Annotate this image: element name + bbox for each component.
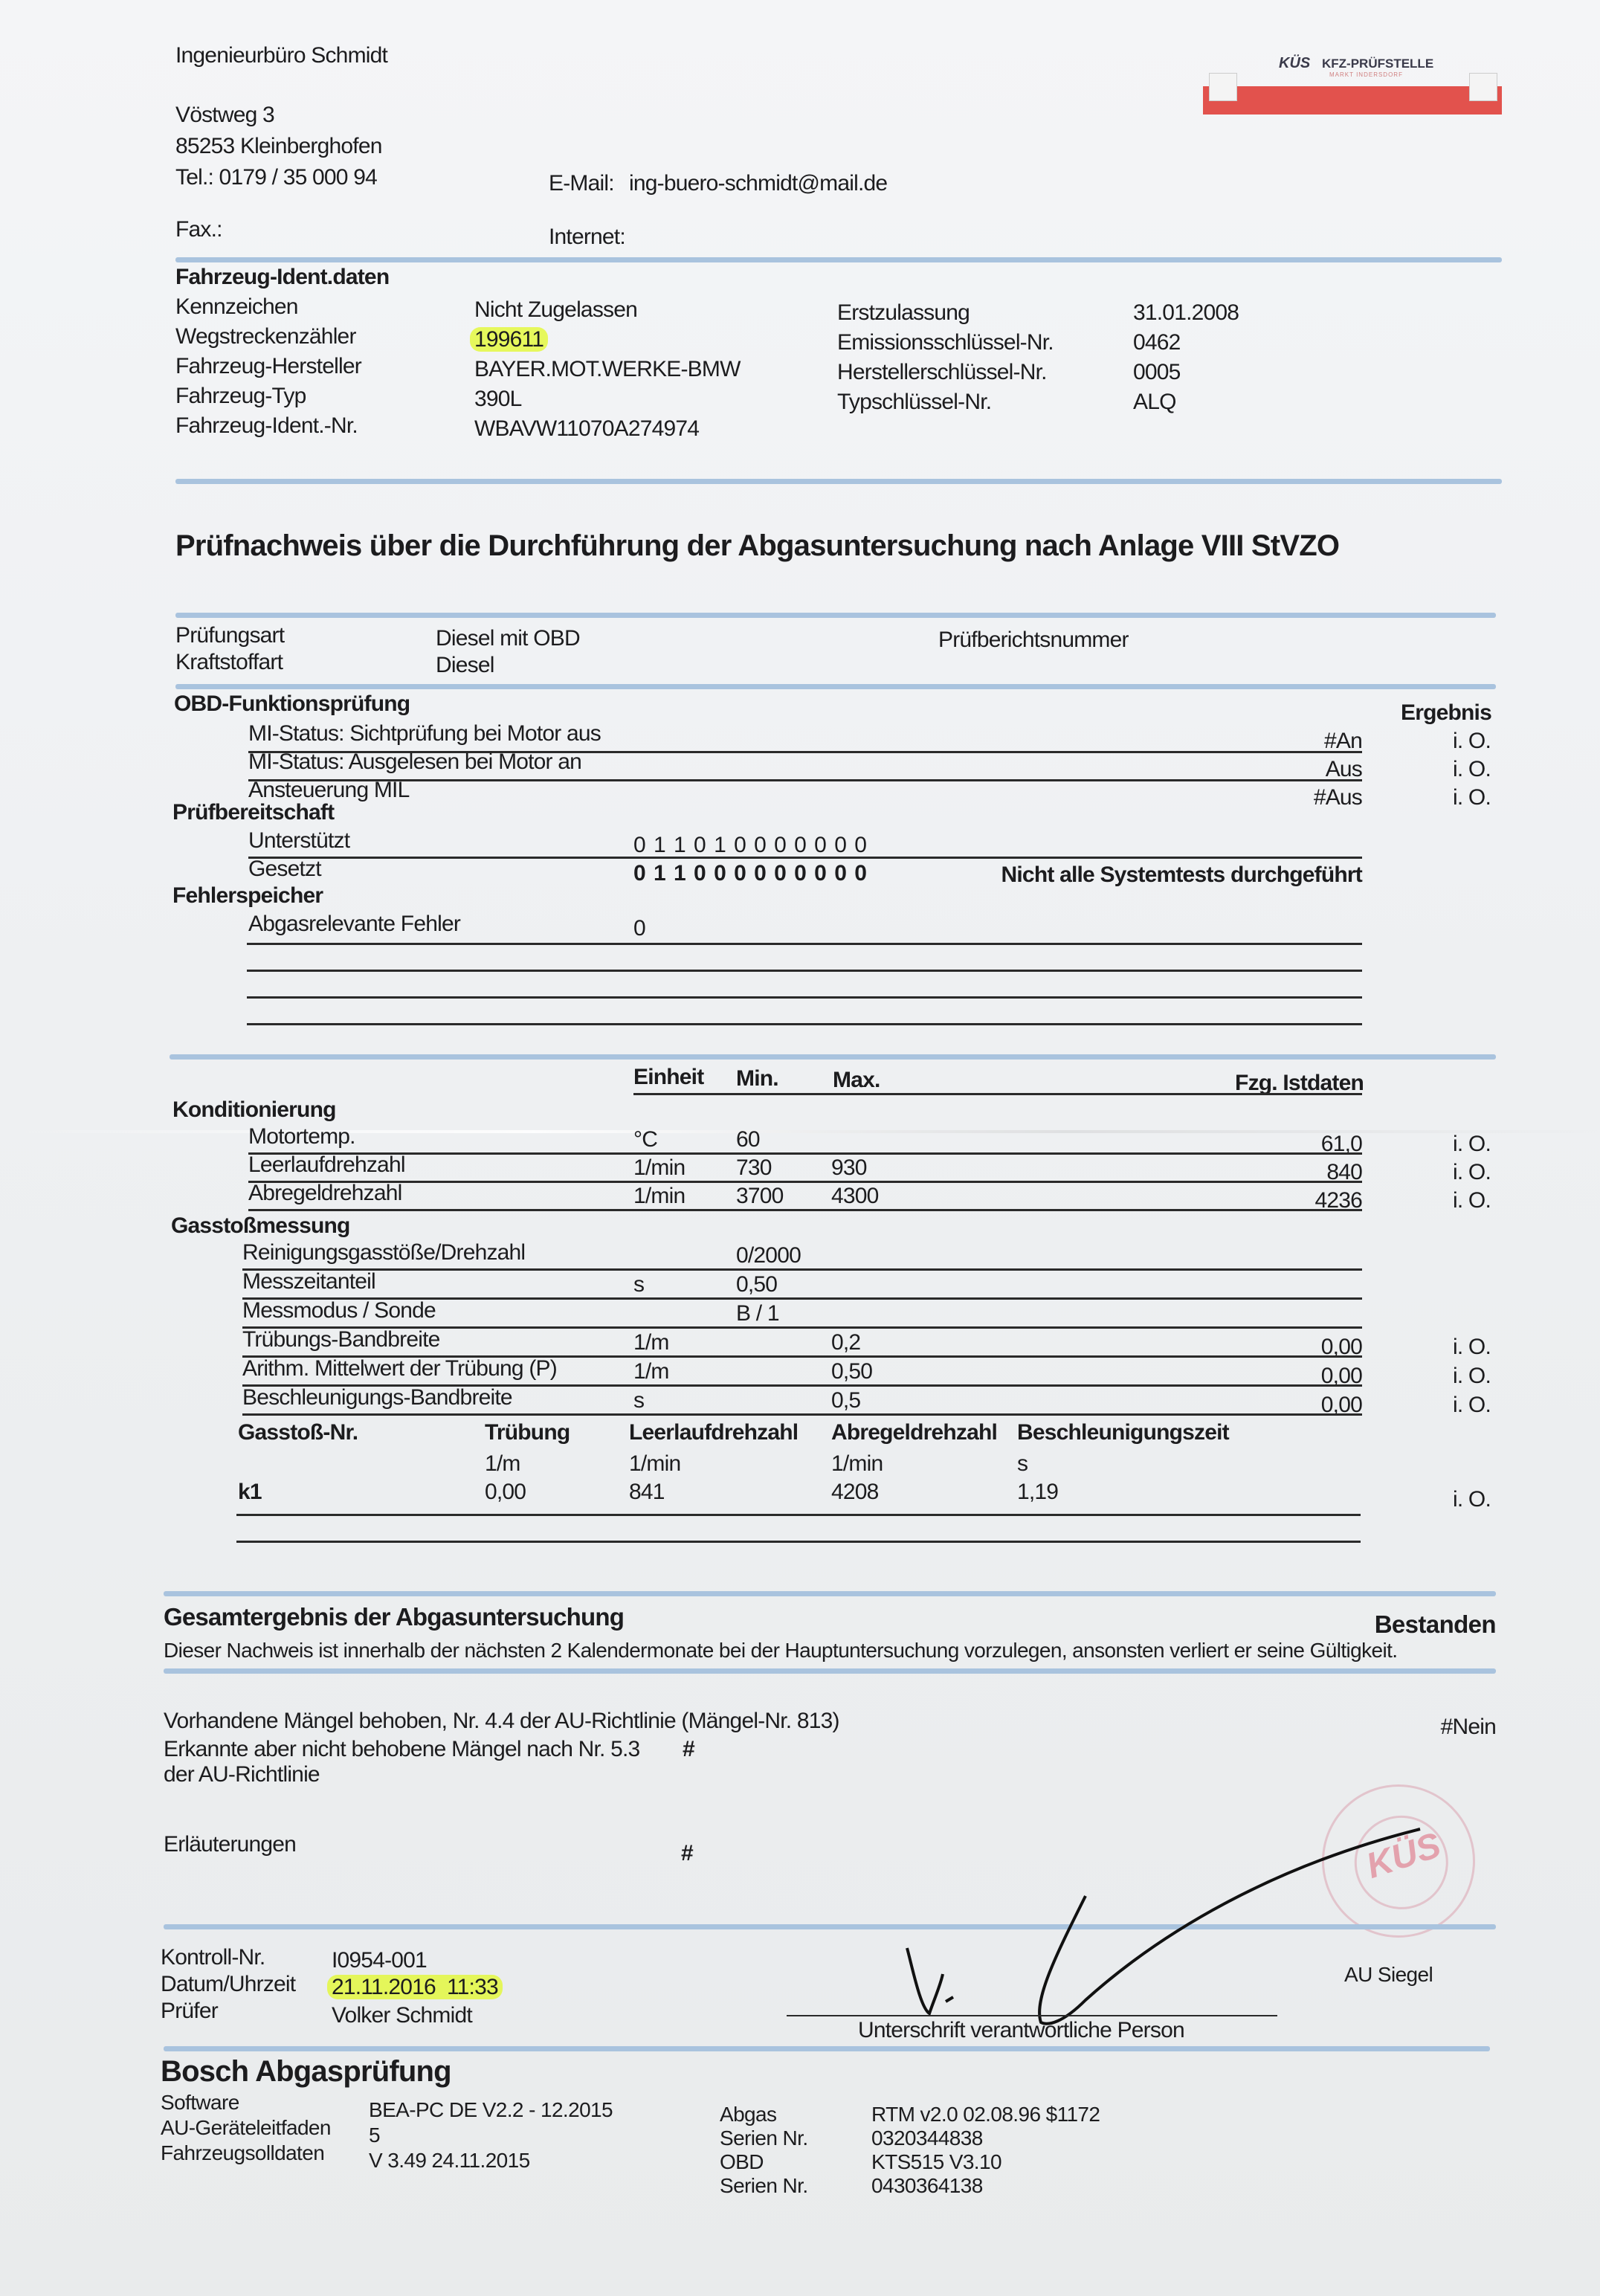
- row-line: [247, 943, 1362, 945]
- measurement-result: i. O.: [1453, 1393, 1491, 1418]
- logo-emblem-left: [1209, 73, 1237, 101]
- row-line: [248, 857, 1362, 859]
- summary-title: Gesamtergebnis der Abgasuntersuchung: [164, 1603, 624, 1631]
- measurement-label: Beschleunigungs-Bandbreite: [242, 1385, 512, 1410]
- readiness-label: Unterstützt: [248, 828, 349, 854]
- odometer-highlight: 199611: [470, 327, 548, 352]
- divider: [164, 1591, 1496, 1596]
- pruefer-value: Volker Schmidt: [332, 2003, 472, 2028]
- row-line: [248, 1152, 1362, 1155]
- burst-header: Leerlaufdrehzahl: [629, 1420, 798, 1445]
- vehicle-field-value: 390L: [474, 387, 522, 412]
- footer-label: Fahrzeugsolldaten: [161, 2141, 324, 2165]
- kontroll-value: I0954-001: [332, 1948, 427, 1973]
- measurement-result: i. O.: [1453, 1335, 1491, 1360]
- internet-label: Internet:: [549, 225, 625, 250]
- obd-item-label: MI-Status: Sichtprüfung bei Motor aus: [248, 721, 601, 746]
- logo-banner: [1203, 86, 1502, 115]
- measurement-min: 60: [736, 1127, 760, 1152]
- readiness-note: Nicht alle Systemtests durchgeführt: [1001, 862, 1362, 888]
- company-name: Ingenieurbüro Schmidt: [175, 43, 387, 68]
- kues-logo: KÜS KFZ-PRÜFSTELLE MARKT INDERSDORF: [1203, 51, 1502, 115]
- row-line: [247, 1023, 1362, 1025]
- row-line: [248, 779, 1362, 781]
- measurement-unit: 1/m: [633, 1330, 669, 1355]
- measurement-result: i. O.: [1453, 1132, 1491, 1157]
- defects-unfixed-value: #: [683, 1737, 694, 1762]
- pruefungsart-value: Diesel mit OBD: [436, 626, 580, 651]
- row-line: [242, 1268, 1362, 1271]
- footer-label: Abgas: [720, 2103, 776, 2126]
- vehicle-field-value: 0462: [1133, 330, 1181, 355]
- row-line: [248, 1209, 1362, 1211]
- defects-unfixed-cont: der AU-Richtlinie: [164, 1762, 320, 1787]
- obd-item-value: #An: [1324, 729, 1362, 754]
- measurement-unit: 1/min: [633, 1184, 685, 1209]
- measurement-unit: s: [633, 1272, 644, 1297]
- vehicle-field-label: Erstzulassung: [837, 300, 970, 326]
- gas-title: Gasstoßmessung: [171, 1213, 350, 1239]
- vehicle-section-title: Fahrzeug-Ident.daten: [175, 265, 389, 290]
- measurement-unit: °C: [633, 1127, 657, 1152]
- logo-brand: KÜS: [1279, 55, 1310, 72]
- errors-value: 0: [633, 916, 645, 941]
- row-line: [247, 996, 1362, 999]
- vehicle-field-label: Fahrzeug-Hersteller: [175, 354, 361, 379]
- divider: [175, 613, 1496, 618]
- footer-label: Serien Nr.: [720, 2174, 808, 2198]
- divider: [164, 2046, 1490, 2051]
- obd-item-result: i. O.: [1453, 785, 1491, 810]
- measurement-label: Trübungs-Bandbreite: [242, 1327, 440, 1352]
- burst-header: Abregeldrehzahl: [831, 1420, 997, 1445]
- footer-value: KTS515 V3.10: [871, 2150, 1001, 2174]
- measurement-label: Motortemp.: [248, 1124, 355, 1149]
- row-line: [247, 970, 1362, 972]
- min-header: Min.: [736, 1066, 778, 1091]
- vehicle-field-value: BAYER.MOT.WERKE-BMW: [474, 357, 741, 382]
- email-label: E-Mail:: [549, 171, 614, 196]
- conditioning-title: Konditionierung: [172, 1097, 336, 1123]
- actual-header: Fzg. Istdaten: [1235, 1071, 1364, 1096]
- datum-value: 21.11.2016 11:33: [332, 1975, 503, 2000]
- footer-value: 5: [369, 2124, 380, 2147]
- footer-label: AU-Geräteleitfaden: [161, 2116, 331, 2140]
- logo-emblem-right: [1469, 73, 1497, 101]
- footer-label: Serien Nr.: [720, 2126, 808, 2150]
- footer-value: V 3.49 24.11.2015: [369, 2149, 530, 2173]
- vehicle-field-value: Nicht Zugelassen: [474, 297, 637, 323]
- measurement-result: i. O.: [1453, 1364, 1491, 1389]
- defects-unfixed: Erkannte aber nicht behobene Mängel nach…: [164, 1737, 639, 1762]
- errors-title: Fehlerspeicher: [172, 883, 323, 909]
- vehicle-field-value: WBAVW11070A274974: [474, 416, 699, 442]
- measurement-min: 3700: [736, 1184, 784, 1209]
- measurement-label: Arithm. Mittelwert der Trübung (P): [242, 1356, 557, 1381]
- defects-fixed-value: #Nein: [1441, 1715, 1496, 1740]
- company-phone: Tel.: 0179 / 35 000 94: [175, 165, 377, 190]
- footer-title: Bosch Abgasprüfung: [161, 2055, 451, 2089]
- readiness-label: Gesetzt: [248, 857, 321, 882]
- signature-icon: [788, 1822, 1457, 2030]
- row-line: [236, 1514, 1361, 1516]
- divider: [164, 1668, 1496, 1674]
- footer-value: RTM v2.0 02.08.96 $1172: [871, 2103, 1100, 2126]
- burst-unit: 1/m: [485, 1451, 520, 1477]
- measurement-unit: s: [633, 1388, 644, 1413]
- vehicle-field-label: Wegstreckenzähler: [175, 324, 356, 349]
- vehicle-field-value: ALQ: [1133, 390, 1176, 415]
- pruefungsart-label: Prüfungsart: [175, 623, 284, 648]
- vehicle-field-label: Emissionsschlüssel-Nr.: [837, 330, 1054, 355]
- email-value[interactable]: ing-buero-schmidt@mail.de: [629, 171, 887, 196]
- divider: [170, 1054, 1496, 1060]
- divider: [175, 257, 1502, 262]
- divider: [175, 479, 1502, 484]
- measurement-min: 730: [736, 1155, 772, 1181]
- company-street: Vöstweg 3: [175, 103, 274, 128]
- footer-value: 0320344838: [871, 2126, 983, 2150]
- measurement-unit: 1/min: [633, 1155, 685, 1181]
- pruefbericht-label: Prüfberichtsnummer: [938, 628, 1129, 653]
- company-city: 85253 Kleinberghofen: [175, 134, 382, 159]
- obd-item-label: MI-Status: Ausgelesen bei Motor an: [248, 749, 581, 775]
- measurement-label: Messzeitanteil: [242, 1269, 375, 1294]
- measurement-max: 0,2: [831, 1330, 860, 1355]
- row-line: [248, 1181, 1362, 1183]
- footer-value: 0430364138: [871, 2174, 983, 2198]
- logo-subtitle: MARKT INDERSDORF: [1329, 71, 1403, 78]
- burst-cell: 0,00: [485, 1480, 526, 1505]
- signature-label: Unterschrift verantwortliche Person: [858, 2018, 1184, 2043]
- burst-result: i. O.: [1453, 1487, 1491, 1512]
- footer-value: BEA-PC DE V2.2 - 12.2015: [369, 2098, 613, 2122]
- burst-header: Beschleunigungszeit: [1017, 1420, 1229, 1445]
- measurement-min: 0/2000: [736, 1243, 801, 1268]
- divider: [175, 684, 1496, 689]
- max-header: Max.: [833, 1068, 880, 1093]
- burst-unit: 1/min: [629, 1451, 680, 1477]
- burst-header: Trübung: [485, 1420, 570, 1445]
- vehicle-field-label: Typschlüssel-Nr.: [837, 390, 991, 415]
- readiness-value: 0 1 1 0 1 0 0 0 0 0 0 0: [633, 833, 868, 858]
- obd-item-result: i. O.: [1453, 757, 1491, 782]
- measurement-label: Messmodus / Sonde: [242, 1298, 436, 1323]
- document-title: Prüfnachweis über die Durchführung der A…: [175, 529, 1339, 563]
- measurement-result: i. O.: [1453, 1188, 1491, 1213]
- defects-fixed: Vorhandene Mängel behoben, Nr. 4.4 der A…: [164, 1709, 839, 1734]
- vehicle-field-label: Fahrzeug-Typ: [175, 384, 306, 409]
- footer-label: OBD: [720, 2150, 764, 2174]
- obd-item-value: Aus: [1326, 757, 1362, 782]
- notes-value: #: [681, 1841, 693, 1866]
- measurement-result: i. O.: [1453, 1160, 1491, 1185]
- measurement-max: 4300: [831, 1184, 879, 1209]
- measurement-label: Reinigungsgasstöße/Drehzahl: [242, 1240, 525, 1265]
- obd-item-label: Ansteuerung MIL: [248, 778, 409, 803]
- measurement-max: 0,50: [831, 1359, 872, 1384]
- summary-result: Bestanden: [1375, 1610, 1496, 1639]
- datum-label: Datum/Uhrzeit: [161, 1972, 295, 1997]
- burst-unit: 1/min: [831, 1451, 883, 1477]
- burst-cell: k1: [238, 1480, 262, 1505]
- measurement-min: B / 1: [736, 1301, 779, 1326]
- measurement-unit: 1/m: [633, 1359, 669, 1384]
- vehicle-field-value: 0005: [1133, 360, 1181, 385]
- kraftstoff-value: Diesel: [436, 653, 494, 678]
- obd-section-title: OBD-Funktionsprüfung: [174, 691, 410, 717]
- burst-cell: 1,19: [1017, 1480, 1058, 1505]
- seal-label: AU Siegel: [1344, 1963, 1433, 1987]
- ergebnis-header: Ergebnis: [1401, 700, 1491, 726]
- errors-label: Abgasrelevante Fehler: [248, 912, 460, 937]
- footer-label: Software: [161, 2091, 239, 2115]
- logo-name: KFZ-PRÜFSTELLE: [1322, 57, 1433, 71]
- unit-header: Einheit: [633, 1065, 703, 1090]
- readiness-value: 0 1 1 0 0 0 0 0 0 0 0 0: [633, 861, 868, 886]
- row-line: [242, 1413, 1362, 1416]
- burst-header: Gasstoß-Nr.: [238, 1420, 358, 1445]
- vehicle-field-value: 31.01.2008: [1133, 300, 1239, 326]
- vehicle-field-label: Herstellerschlüssel-Nr.: [837, 360, 1047, 385]
- kraftstoff-label: Kraftstoffart: [175, 650, 283, 675]
- measurement-max: 0,5: [831, 1388, 860, 1413]
- vehicle-field-label: Kennzeichen: [175, 294, 298, 320]
- readiness-title: Prüfbereitschaft: [172, 800, 334, 825]
- burst-cell: 4208: [831, 1480, 879, 1505]
- row-line: [236, 1541, 1361, 1543]
- datum-highlight: 21.11.2016 11:33: [327, 1975, 503, 1999]
- measurement-min: 0,50: [736, 1272, 777, 1297]
- measurement-label: Leerlaufdrehzahl: [248, 1152, 405, 1178]
- measurement-max: 930: [831, 1155, 867, 1181]
- obd-item-result: i. O.: [1453, 729, 1491, 754]
- burst-unit: s: [1017, 1451, 1028, 1477]
- row-line: [633, 1093, 1362, 1095]
- summary-note: Dieser Nachweis ist innerhalb der nächst…: [164, 1639, 1397, 1663]
- vehicle-field-value: 199611: [474, 327, 548, 352]
- obd-item-value: #Aus: [1314, 785, 1362, 810]
- fax-label: Fax.:: [175, 217, 222, 242]
- measurement-label: Abregeldrehzahl: [248, 1181, 401, 1206]
- notes-label: Erläuterungen: [164, 1832, 296, 1857]
- kontroll-label: Kontroll-Nr.: [161, 1945, 265, 1970]
- pruefer-label: Prüfer: [161, 1999, 218, 2024]
- signature-line: [787, 2015, 1277, 2016]
- burst-cell: 841: [629, 1480, 665, 1505]
- vehicle-field-label: Fahrzeug-Ident.-Nr.: [175, 413, 358, 439]
